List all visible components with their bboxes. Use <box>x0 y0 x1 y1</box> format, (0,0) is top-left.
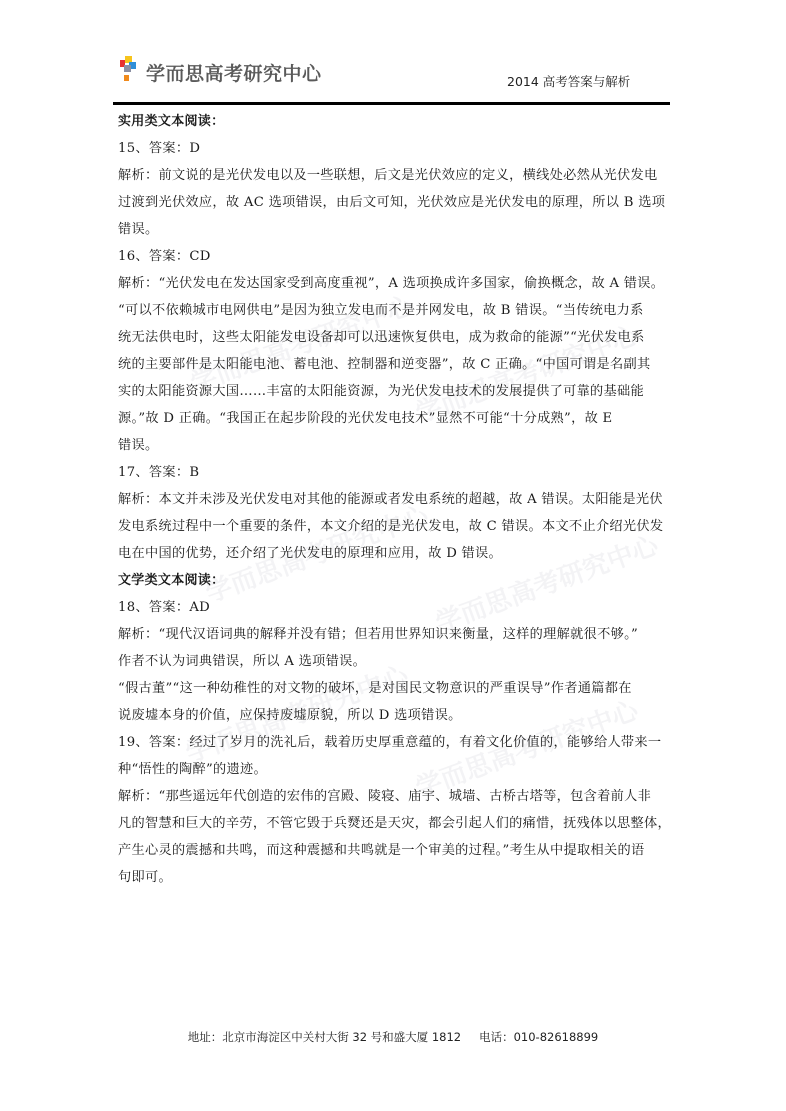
text-line: 过渡到光伏效应，故 AC 选项错误，由后文可知，光伏效应是光伏发电的原理，所以 … <box>118 189 674 216</box>
text-line: 解析：“那些遥远年代创造的宏伟的宫殿、陵寝、庙宇、城墙、古桥古塔等，包含着前人非 <box>118 783 674 810</box>
text-line: “可以不依赖城市电网供电”是因为独立发电而不是并网发电，故 B 错误。“当传统电… <box>118 297 674 324</box>
header-divider <box>113 102 670 105</box>
answer-line: 18、答案：AD <box>118 594 674 621</box>
text-line: 解析：本文并未涉及光伏发电对其他的能源或者发电系统的超越，故 A 错误。太阳能是… <box>118 486 674 513</box>
text-line: 解析：“光伏发电在发达国家受到高度重视”，A 选项换成许多国家，偷换概念，故 A… <box>118 270 674 297</box>
page-footer: 地址：北京市海淀区中关村大街 32 号和盛大厦 1812电话：010-82618… <box>0 1029 786 1045</box>
document-body: 实用类文本阅读：15、答案：D解析：前文说的是光伏发电以及一些联想，后文是光伏效… <box>118 108 674 891</box>
text-line: “假古董”“这一种幼稚性的对文物的破坏，是对国民文物意识的严重误导”作者通篇都在 <box>118 675 674 702</box>
section-heading: 文学类文本阅读： <box>118 567 674 594</box>
answer-line: 19、答案：经过了岁月的洗礼后，载着历史厚重意蕴的，有着文化价值的，能够给人带来… <box>118 729 674 756</box>
text-line: 源。”故 D 正确。“我国正在起步阶段的光伏发电技术”显然不可能“十分成熟”，故… <box>118 405 674 432</box>
answer-line: 17、答案：B <box>118 459 674 486</box>
document-page: 学而思高考研究中心 2014 高考答案与解析 学而思高考研究中心 学而思高考研究… <box>0 0 786 1111</box>
text-line: 电在中国的优势，还介绍了光伏发电的原理和应用，故 D 错误。 <box>118 540 674 567</box>
text-line: 错误。 <box>118 216 674 243</box>
footer-address: 地址：北京市海淀区中关村大街 32 号和盛大厦 1812 <box>188 1030 461 1044</box>
text-line: 解析：“现代汉语词典的解释并没有错；但若用世界知识来衡量，这样的理解就很不够。” <box>118 621 674 648</box>
text-line: 产生心灵的震撼和共鸣，而这种震撼和共鸣就是一个审美的过程。”考生从中提取相关的语 <box>118 837 674 864</box>
text-line: 作者不认为词典错误，所以 A 选项错误。 <box>118 648 674 675</box>
text-line: 解析：前文说的是光伏发电以及一些联想，后文是光伏效应的定义，横线处必然从光伏发电 <box>118 162 674 189</box>
text-line: 错误。 <box>118 432 674 459</box>
brand-name: 学而思高考研究中心 <box>146 59 322 86</box>
text-line: 发电系统过程中一个重要的条件，本文介绍的是光伏发电，故 C 错误。本文不止介绍光… <box>118 513 674 540</box>
footer-phone: 电话：010-82618899 <box>479 1030 598 1044</box>
answer-line: 16、答案：CD <box>118 243 674 270</box>
text-line: 凡的智慧和巨大的辛劳，不管它毁于兵燹还是天灾，都会引起人们的痛惜，抚残体以思整体… <box>118 810 674 837</box>
answer-line: 15、答案：D <box>118 135 674 162</box>
section-heading: 实用类文本阅读： <box>118 108 674 135</box>
text-line: 实的太阳能资源大国……丰富的太阳能资源，为光伏发电技术的发展提供了可靠的基础能 <box>118 378 674 405</box>
brand-logo-icon <box>120 56 140 84</box>
text-line: 句即可。 <box>118 864 674 891</box>
text-line: 统无法供电时，这些太阳能发电设备却可以迅速恢复供电，成为救命的能源”“光伏发电系 <box>118 324 674 351</box>
text-line: 种“悟性的陶醉”的遗迹。 <box>118 756 674 783</box>
text-line: 说废墟本身的价值，应保持废墟原貌，所以 D 选项错误。 <box>118 702 674 729</box>
text-line: 统的主要部件是太阳能电池、蓄电池、控制器和逆变器”，故 C 正确。“中国可谓是名… <box>118 351 674 378</box>
document-title: 2014 高考答案与解析 <box>507 72 630 90</box>
